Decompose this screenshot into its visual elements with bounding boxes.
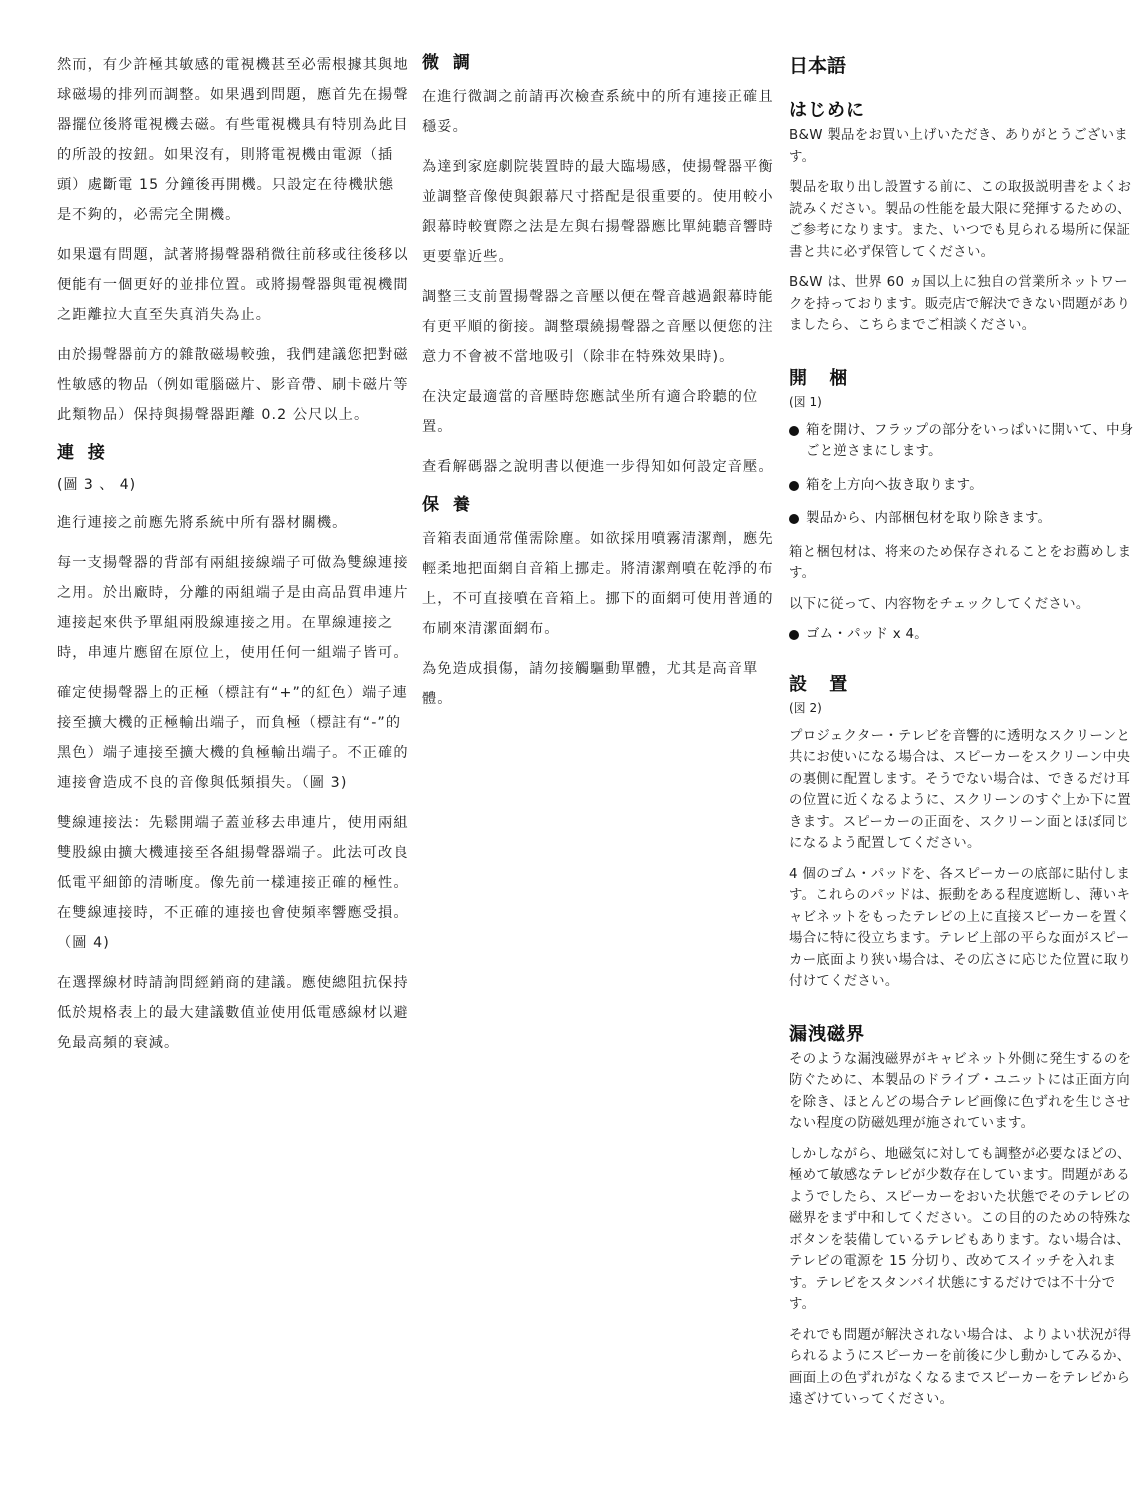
figure-reference: (圖 3 、 4) (57, 472, 409, 498)
japanese-column: 日本語 はじめに B&W 製品をお買い上げいただき、ありがとうございます。 製品… (789, 50, 1136, 1420)
paragraph-check-contents: 以下に従って、内容物をチェックしてください。 (789, 594, 1136, 616)
paragraph-listening-positions: 在決定最適當的音壓時您應試坐所有適合聆聽的位置。 (422, 382, 774, 442)
paragraph-keep-packaging: 箱と梱包材は、将来のため保存されることをお薦めします。 (789, 542, 1136, 585)
heading-aftercare: 保 養 (422, 492, 774, 518)
paragraph-levels: 調整三支前置揚聲器之音壓以便在聲音越過銀幕時能有更平順的銜接。調整環繞揚聲器之音… (422, 282, 774, 372)
heading-connections: 連 接 (57, 440, 409, 466)
bullet-icon (789, 514, 799, 524)
unpacking-steps: 箱を開け、フラップの部分をいっぱいに開いて、中身ごと逆さまにします。 箱を上方向… (789, 420, 1136, 530)
paragraph-drive-units: 為免造成損傷，請勿接觸驅動單體，尤其是高音單體。 (422, 654, 774, 714)
figure-reference: (図 1) (789, 393, 1136, 411)
paragraph-projection-screen: プロジェクター・テレビを音響的に透明なスクリーンと共にお使いになる場合は、スピー… (789, 726, 1136, 855)
paragraph-home-theater: 為達到家庭劇院裝置時的最大臨場感，使揚聲器平衡並調整音像使與銀幕尺寸搭配是很重要… (422, 152, 774, 272)
figure-reference: (図 2) (789, 699, 1136, 717)
paragraph-cable-choice: 在選擇線材時請詢問經銷商的建議。應使總阻抗保持低於規格表上的最大建議數值並使用低… (57, 968, 409, 1058)
list-item: ゴム・パッド x 4。 (789, 624, 1136, 646)
paragraph-distributors: B&W は、世界 60 ヵ国以上に独自の営業所ネットワークを持っております。販売… (789, 272, 1136, 337)
chinese-column-1: 然而，有少許極其敏感的電視機甚至必需根據其與地球磁場的排列而調整。如果遇到問題，… (57, 50, 409, 1068)
paragraph-terminals: 每一支揚聲器的背部有兩組接線端子可做為雙線連接之用。於出廠時，分離的兩組端子是由… (57, 548, 409, 668)
bullet-icon (789, 481, 799, 491)
paragraph-power-off: 進行連接之前應先將系統中所有器材關機。 (57, 508, 409, 538)
paragraph-thanks: B&W 製品をお買い上げいただき、ありがとうございます。 (789, 125, 1136, 168)
paragraph-shielding: そのような漏洩磁界がキャビネット外側に発生するのを防ぐために、本製品のドライブ・… (789, 1049, 1136, 1135)
heading-unpacking: 開 梱 (789, 366, 1136, 392)
paragraph-read-manual: 製品を取り出し設置する前に、この取扱説明書をよくお読みください。製品の性能を最大… (789, 177, 1136, 263)
heading-introduction: はじめに (789, 98, 1136, 124)
paragraph-sensitive-tv: しかしながら、地磁気に対しても調整が必要なほどの、極めて敏感なテレビが少数存在し… (789, 1144, 1136, 1316)
heading-positioning: 設 置 (789, 672, 1136, 698)
paragraph-biwiring: 雙線連接法：先鬆開端子蓋並移去串連片，使用兩組雙股線由擴大機連接至各組揚聲器端子… (57, 808, 409, 958)
paragraph-rubber-pads: 4 個のゴム・パッドを、各スピーカーの底部に貼付します。これらのパッドは、振動を… (789, 864, 1136, 993)
heading-stray-magnetic-field: 漏洩磁界 (789, 1022, 1136, 1048)
contents-list: ゴム・パッド x 4。 (789, 624, 1136, 646)
list-item: 製品から、内部梱包材を取り除きます。 (789, 508, 1136, 530)
language-title: 日本語 (789, 52, 1136, 80)
list-item: 箱を上方向へ抜き取ります。 (789, 475, 1136, 497)
heading-fine-tuning: 微 調 (422, 50, 774, 76)
paragraph-magnetic-items: 由於揚聲器前方的雜散磁場較強，我們建議您把對磁性敏感的物品（例如電腦磁片、影音帶… (57, 340, 409, 430)
paragraph-move-speaker: 如果還有問題，試著將揚聲器稍微往前移或往後移以便能有一個更好的並排位置。或將揚聲… (57, 240, 409, 330)
list-item: 箱を開け、フラップの部分をいっぱいに開いて、中身ごと逆さまにします。 (789, 420, 1136, 463)
paragraph-polarity: 確定使揚聲器上的正極（標註有“+”的紅色）端子連接至擴大機的正極輸出端子，而負極… (57, 678, 409, 798)
paragraph-cleaning: 音箱表面通常僅需除塵。如欲採用噴霧清潔劑，應先輕柔地把面網自音箱上挪走。將清潔劑… (422, 524, 774, 644)
paragraph-check-connections: 在進行微調之前請再次檢查系統中的所有連接正確且穩妥。 (422, 82, 774, 142)
paragraph-tv-degauss: 然而，有少許極其敏感的電視機甚至必需根據其與地球磁場的排列而調整。如果遇到問題，… (57, 50, 409, 230)
paragraph-decoder-manual: 查看解碼器之說明書以便進一步得知如何設定音壓。 (422, 452, 774, 482)
bullet-icon (789, 630, 799, 640)
chinese-column-2: 微 調 在進行微調之前請再次檢查系統中的所有連接正確且穩妥。 為達到家庭劇院裝置… (422, 50, 774, 724)
bullet-icon (789, 426, 799, 436)
paragraph-move-speakers: それでも問題が解決されない場合は、よりよい状況が得られるようにスピーカーを前後に… (789, 1325, 1136, 1411)
